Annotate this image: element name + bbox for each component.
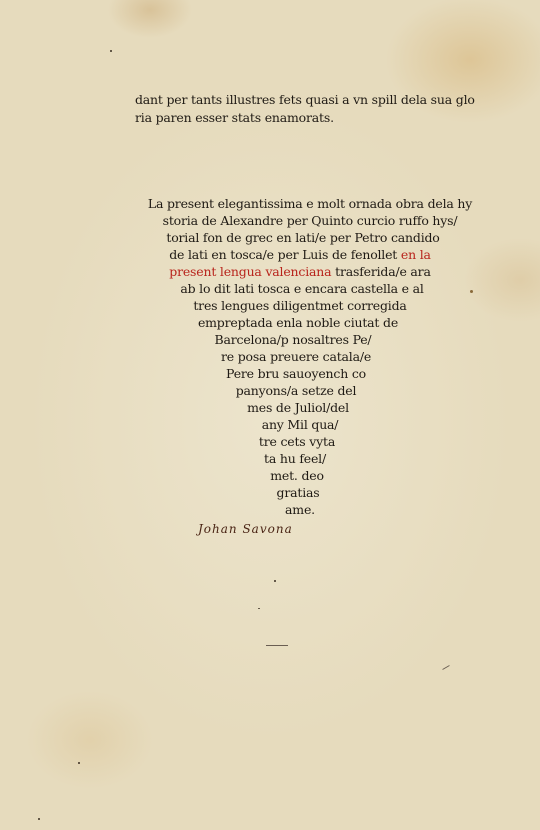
colophon-line: Barcelona/p nosaltres Pe/ bbox=[215, 332, 372, 347]
paper-speck bbox=[258, 608, 260, 609]
text-line: ria paren esser stats enamorats. bbox=[135, 110, 334, 125]
colophon-line: tres lengues diligentmet corregida bbox=[193, 298, 406, 313]
colophon-line: storia de Alexandre per Quinto curcio ru… bbox=[163, 213, 458, 228]
colophon-line: de lati en tosca/e per Luis de fenollet … bbox=[169, 247, 431, 262]
rubric-text: present lengua valenciana bbox=[169, 264, 331, 279]
colophon-line: ame. bbox=[285, 502, 315, 517]
manuscript-signature: Johan Savona bbox=[198, 522, 293, 536]
text-line: dant per tants illustres fets quasi a vn… bbox=[135, 92, 475, 107]
paper-speck bbox=[274, 580, 276, 582]
rubric-text: en la bbox=[401, 247, 431, 262]
colophon-line: gratias bbox=[277, 485, 320, 500]
paper-speck bbox=[38, 818, 40, 820]
colophon-line: ta hu feel/ bbox=[264, 451, 326, 466]
paper-speck bbox=[110, 50, 112, 52]
colophon-line: La present elegantissima e molt ornada o… bbox=[148, 196, 472, 211]
colophon-line: Pere bru sauoyench co bbox=[226, 366, 366, 381]
colophon-line: panyons/a setze del bbox=[236, 383, 357, 398]
colophon-line: met. deo bbox=[270, 468, 324, 483]
colophon-line: ab lo dit lati tosca e encara castella e… bbox=[180, 281, 423, 296]
colophon-line: tre cets vyta bbox=[259, 434, 335, 449]
paper-speck bbox=[78, 762, 80, 764]
faint-pen-mark bbox=[266, 645, 288, 646]
colophon-line: any Mil qua/ bbox=[262, 417, 339, 432]
book-page: dant per tants illustres fets quasi a vn… bbox=[0, 0, 540, 830]
colophon-line: torial fon de grec en lati/e per Petro c… bbox=[166, 230, 439, 245]
colophon-line: mes de Juliol/del bbox=[247, 400, 349, 415]
colophon-line: present lengua valenciana trasferida/e a… bbox=[169, 264, 430, 279]
colophon-line: empreptada enla noble ciutat de bbox=[198, 315, 398, 330]
colophon-line: re posa preuere catala/e bbox=[221, 349, 371, 364]
faint-pen-mark bbox=[442, 665, 449, 670]
paper-speck bbox=[470, 290, 473, 293]
